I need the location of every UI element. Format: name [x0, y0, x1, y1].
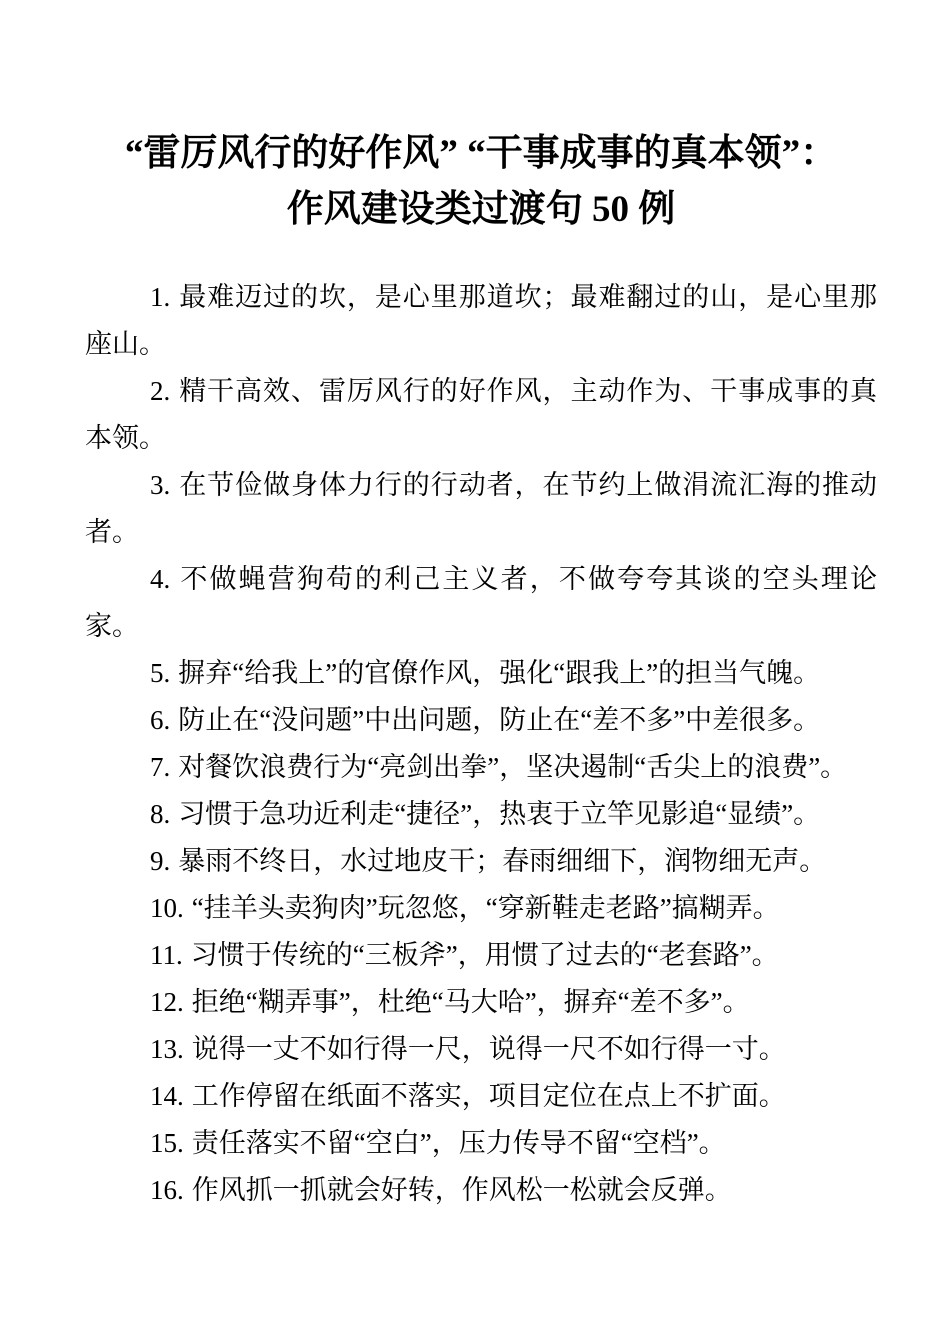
- list-item-14: 14.工作停留在纸面不落实，项目定位在点上不扩面。: [85, 1073, 877, 1120]
- item-text: 精干高效、雷厉风行的好作风，主动作为、干事成事的真本领。: [85, 376, 877, 453]
- list-item-4: 4.不做蝇营狗苟的利己主义者，不做夸夸其谈的空头理论家。: [85, 556, 877, 650]
- item-number: 14.: [150, 1081, 184, 1111]
- item-text: 暴雨不终日，水过地皮干；春雨细细下，润物细无声。: [178, 846, 826, 876]
- item-text: 对餐饮浪费行为“亮剑出拳”，坚决遏制“舌尖上的浪费”。: [178, 752, 847, 782]
- document-title: “雷厉风行的好作风” “干事成事的真本领”： 作风建设类过渡句 50 例: [85, 126, 877, 238]
- list-item-16: 16.作风抓一抓就会好转，作风松一松就会反弹。: [85, 1167, 877, 1214]
- item-number: 3.: [150, 470, 170, 500]
- list-item-13: 13.说得一丈不如行得一尺，说得一尺不如行得一寸。: [85, 1026, 877, 1073]
- item-text: 说得一丈不如行得一尺，说得一尺不如行得一寸。: [192, 1034, 786, 1064]
- item-text: “挂羊头卖狗肉”玩忽悠，“穿新鞋走老路”搞糊弄。: [192, 893, 780, 923]
- item-number: 10.: [150, 893, 184, 923]
- list-item-10: 10.“挂羊头卖狗肉”玩忽悠，“穿新鞋走老路”搞糊弄。: [85, 885, 877, 932]
- item-text: 防止在“没问题”中出问题，防止在“差不多”中差很多。: [178, 705, 820, 735]
- item-text: 作风抓一抓就会好转，作风松一松就会反弹。: [192, 1175, 732, 1205]
- item-text: 最难迈过的坎，是心里那道坎；最难翻过的山，是心里那座山。: [85, 282, 877, 359]
- item-text: 习惯于传统的“三板斧”，用惯了过去的“老套路”。: [191, 940, 779, 970]
- list-item-9: 9.暴雨不终日，水过地皮干；春雨细细下，润物细无声。: [85, 838, 877, 885]
- item-number: 13.: [150, 1034, 184, 1064]
- list-item-6: 6.防止在“没问题”中出问题，防止在“差不多”中差很多。: [85, 697, 877, 744]
- item-number: 15.: [150, 1128, 184, 1158]
- list-item-2: 2.精干高效、雷厉风行的好作风，主动作为、干事成事的真本领。: [85, 368, 877, 462]
- list-item-8: 8.习惯于急功近利走“捷径”，热衷于立竿见影追“显绩”。: [85, 791, 877, 838]
- item-text: 在节俭做身体力行的行动者，在节约上做涓流汇海的推动者。: [85, 470, 877, 547]
- item-text: 责任落实不留“空白”，压力传导不留“空档”。: [192, 1128, 726, 1158]
- item-text: 工作停留在纸面不落实，项目定位在点上不扩面。: [192, 1081, 786, 1111]
- item-text: 摒弃“给我上”的官僚作风，强化“跟我上”的担当气魄。: [178, 658, 820, 688]
- list-item-1: 1.最难迈过的坎，是心里那道坎；最难翻过的山，是心里那座山。: [85, 274, 877, 368]
- document-title-line-1: “雷厉风行的好作风” “干事成事的真本领”：: [85, 126, 877, 182]
- list-item-15: 15.责任落实不留“空白”，压力传导不留“空档”。: [85, 1120, 877, 1167]
- item-number: 1.: [150, 282, 170, 312]
- document-title-line-2: 作风建设类过渡句 50 例: [85, 182, 877, 238]
- item-text: 习惯于急功近利走“捷径”，热衷于立竿见影追“显绩”。: [178, 799, 820, 829]
- item-number: 8.: [150, 799, 170, 829]
- item-text: 拒绝“糊弄事”，杜绝“马大哈”，摒弃“差不多”。: [192, 987, 750, 1017]
- list-item-5: 5.摒弃“给我上”的官僚作风，强化“跟我上”的担当气魄。: [85, 650, 877, 697]
- item-number: 12.: [150, 987, 184, 1017]
- list-item-7: 7.对餐饮浪费行为“亮剑出拳”，坚决遏制“舌尖上的浪费”。: [85, 744, 877, 791]
- item-number: 2.: [150, 376, 170, 406]
- item-number: 6.: [150, 705, 170, 735]
- item-number: 7.: [150, 752, 170, 782]
- list-item-3: 3.在节俭做身体力行的行动者，在节约上做涓流汇海的推动者。: [85, 462, 877, 556]
- item-number: 9.: [150, 846, 170, 876]
- list-item-12: 12.拒绝“糊弄事”，杜绝“马大哈”，摒弃“差不多”。: [85, 979, 877, 1026]
- list-item-11: 11.习惯于传统的“三板斧”，用惯了过去的“老套路”。: [85, 932, 877, 979]
- item-number: 16.: [150, 1175, 184, 1205]
- item-number: 4.: [150, 564, 170, 594]
- transition-sentences-list: 1.最难迈过的坎，是心里那道坎；最难翻过的山，是心里那座山。 2.精干高效、雷厉…: [85, 274, 877, 1214]
- document-page: “雷厉风行的好作风” “干事成事的真本领”： 作风建设类过渡句 50 例 1.最…: [0, 0, 950, 1344]
- item-text: 不做蝇营狗苟的利己主义者，不做夸夸其谈的空头理论家。: [85, 564, 877, 641]
- item-number: 11.: [150, 940, 183, 970]
- item-number: 5.: [150, 658, 170, 688]
